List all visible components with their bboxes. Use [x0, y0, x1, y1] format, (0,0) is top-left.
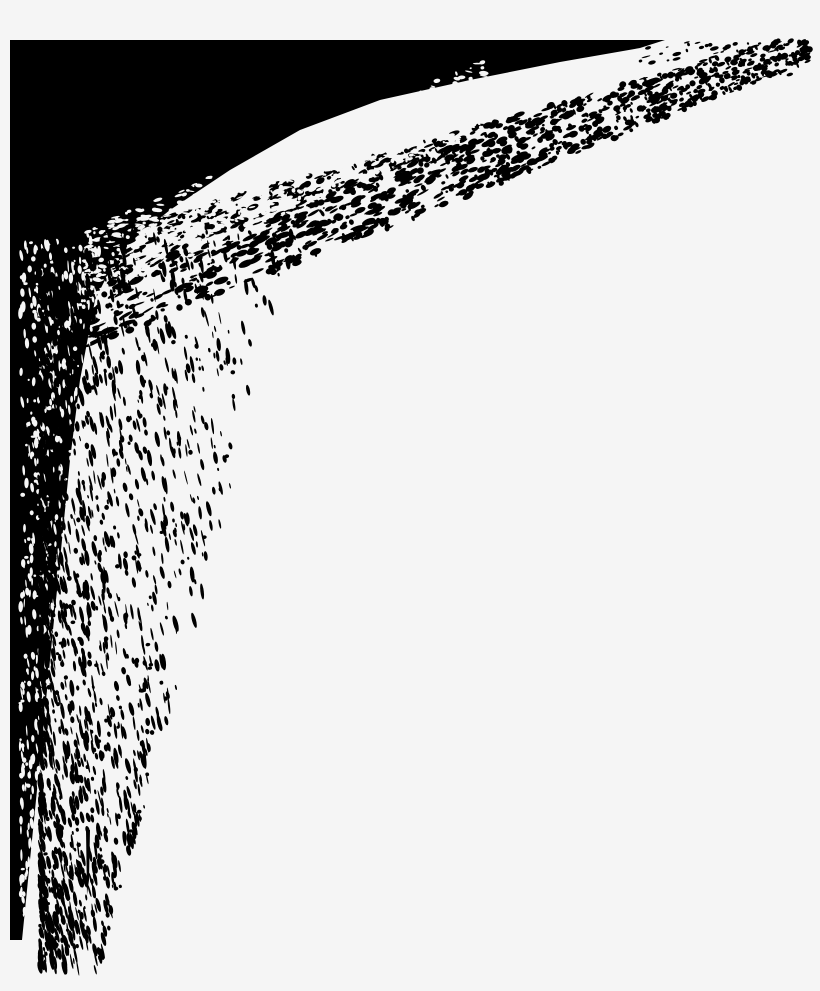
grunge-corner-texture	[0, 0, 820, 991]
